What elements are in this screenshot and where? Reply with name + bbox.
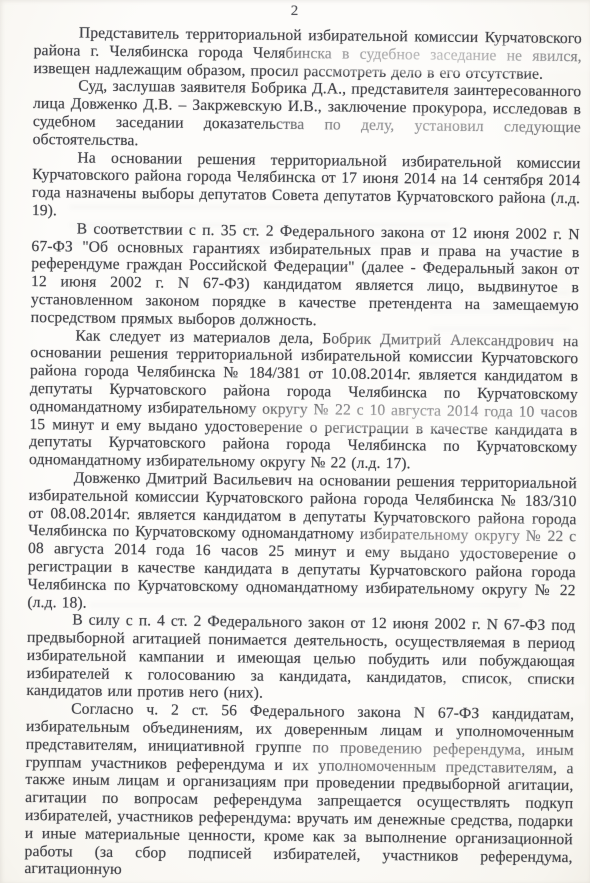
page-number: 2	[0, 3, 590, 20]
paragraph-dovzhenko-registration: Довженко Дмитрий Васильевич на основании…	[27, 469, 577, 618]
document-body: Представитель территориальной избиратель…	[24, 24, 582, 883]
paragraph-bribery-prohibition: Согласно ч. 2 ст. 56 Федерального закона…	[24, 700, 574, 883]
paragraph-elections-appointed: На основании решения территориальной изб…	[32, 149, 581, 226]
paragraph-law-67fz-definition: В соответствии с п. 35 ст. 2 Федеральног…	[31, 220, 580, 333]
scanned-document-page: 2 Представитель территориальной избирате…	[0, 0, 590, 883]
paragraph-agitation-definition: В силу с п. 4 ст. 2 Федерального закон о…	[26, 611, 575, 706]
paragraph-court-heard: Суд, заслушав заявителя Бобрика Д.А., пр…	[33, 77, 582, 154]
paragraph-bobrik-registration: Как следует из материалов дела, Бобрик Д…	[29, 327, 579, 476]
paragraph-commission-representative: Представитель территориальной избиратель…	[33, 24, 582, 84]
